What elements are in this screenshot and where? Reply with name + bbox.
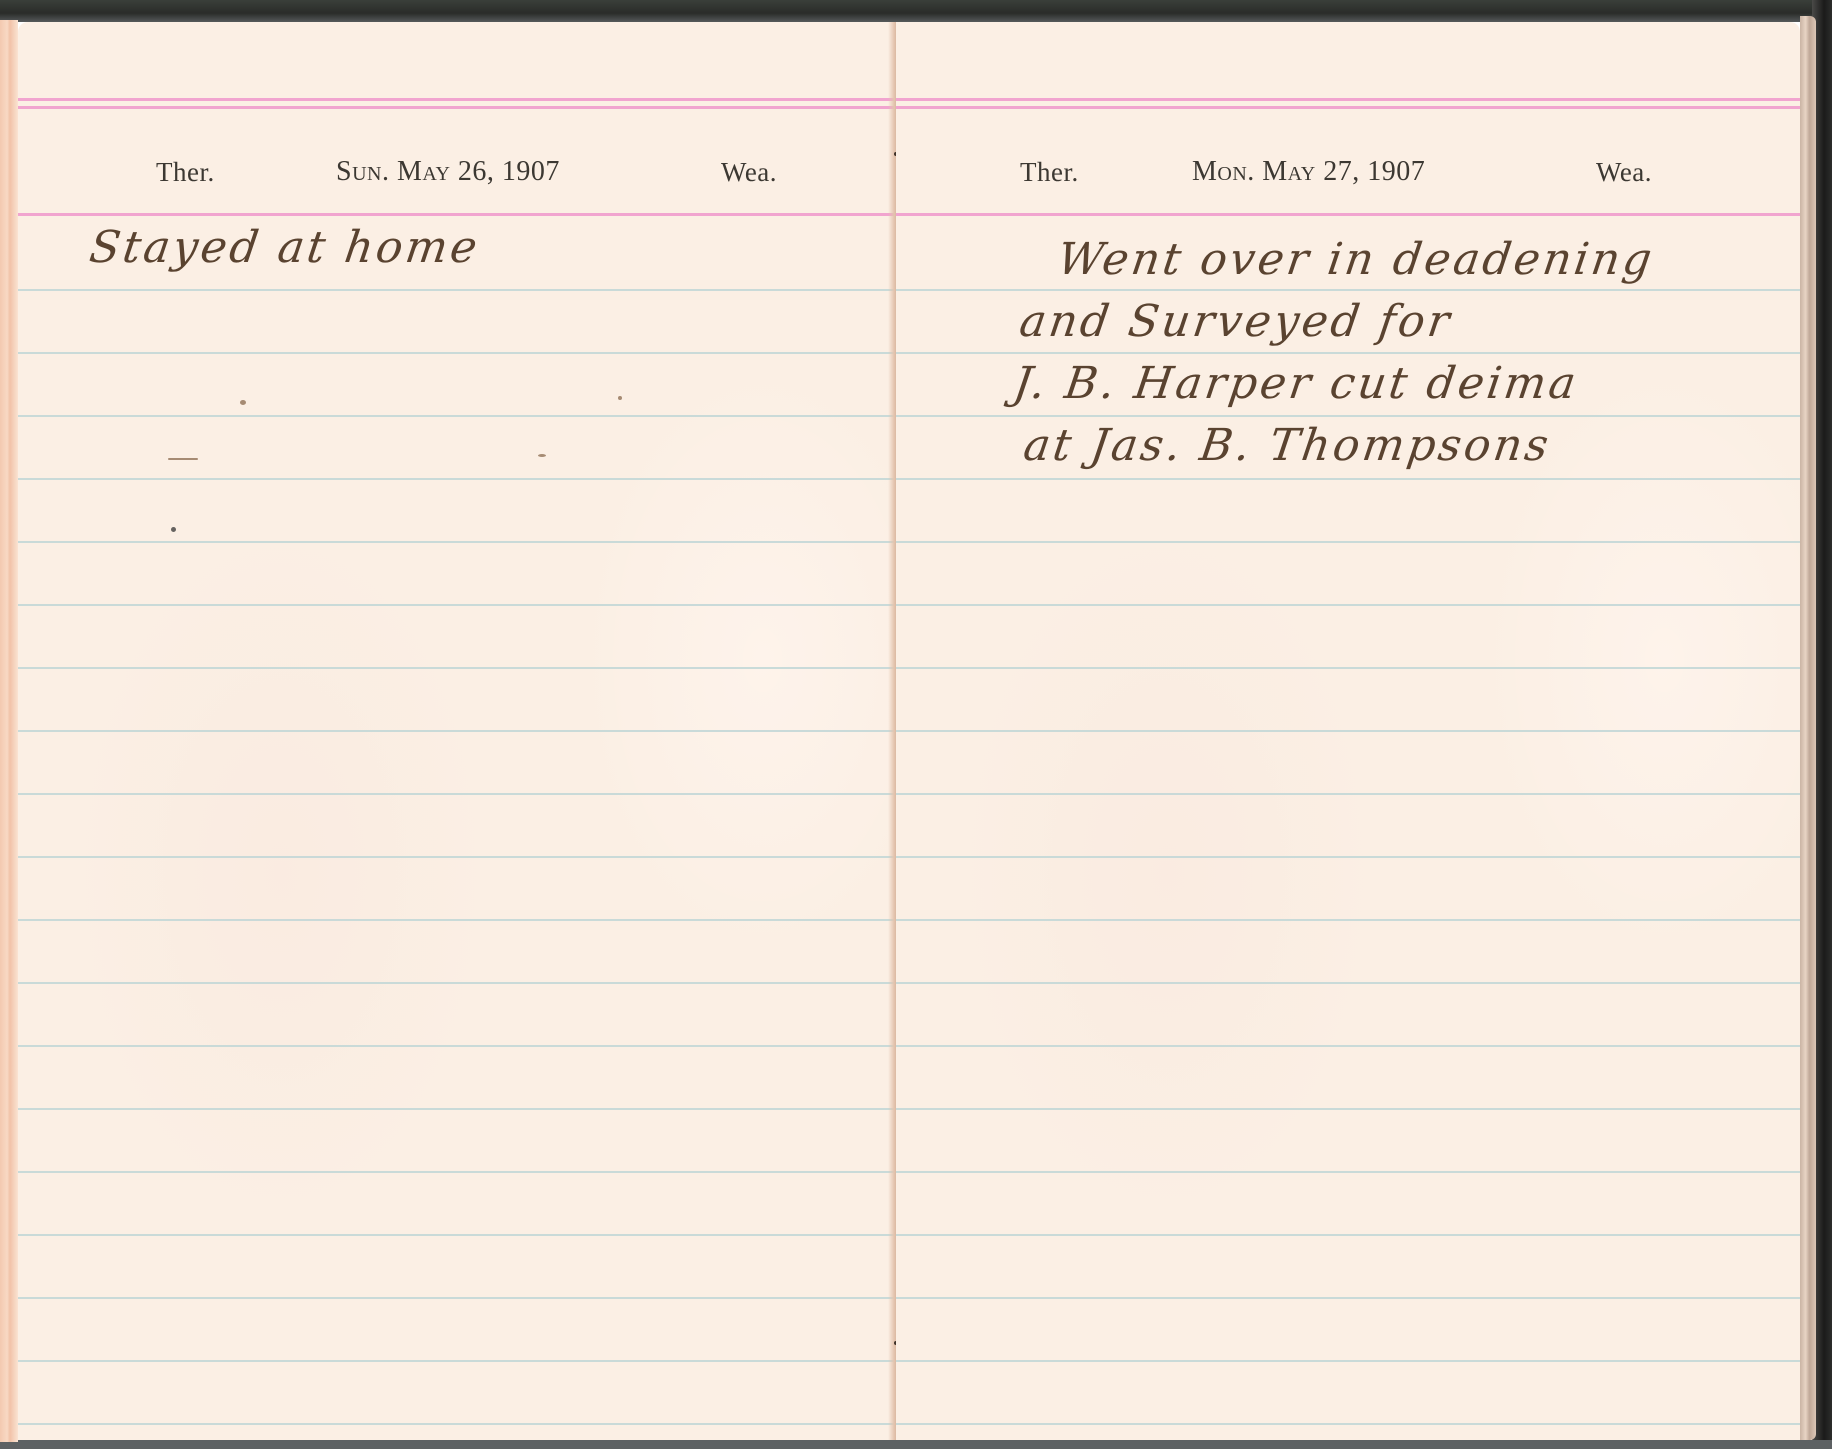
ruled-line xyxy=(896,1423,1800,1425)
ruled-line xyxy=(896,1108,1800,1110)
ruled-line xyxy=(18,415,894,417)
ruled-line xyxy=(896,478,1800,480)
ruled-line xyxy=(896,919,1800,921)
ruled-line xyxy=(18,982,894,984)
top-rule xyxy=(18,106,894,109)
diary-page-right: Ther. Mon. May 27, 1907 Wea. Went over i… xyxy=(896,22,1800,1440)
ruled-line xyxy=(18,919,894,921)
top-rule xyxy=(18,98,894,101)
weather-label: Wea. xyxy=(1596,157,1652,188)
ruled-line xyxy=(18,856,894,858)
thermometer-label: Ther. xyxy=(1020,157,1079,188)
ruled-line xyxy=(18,478,894,480)
ruled-line xyxy=(896,1045,1800,1047)
ruled-line xyxy=(18,352,894,354)
ruled-line xyxy=(18,1108,894,1110)
ruled-line xyxy=(18,1423,894,1425)
ruled-line xyxy=(896,604,1800,606)
thermometer-label: Ther. xyxy=(156,157,215,188)
ruled-line xyxy=(896,541,1800,543)
weather-label: Wea. xyxy=(721,157,777,188)
page-header: Ther. Mon. May 27, 1907 Wea. xyxy=(896,142,1800,202)
ink-spot xyxy=(171,527,176,532)
ruled-line xyxy=(896,415,1800,417)
ruled-line xyxy=(18,730,894,732)
ruled-line xyxy=(896,730,1800,732)
ink-spot xyxy=(240,400,246,405)
ruled-line xyxy=(18,289,894,291)
top-rule xyxy=(896,98,1800,101)
ruled-line xyxy=(18,541,894,543)
ruled-line xyxy=(896,1297,1800,1299)
ruled-line xyxy=(896,982,1800,984)
handwritten-entry-line: at Jas. B. Thompsons xyxy=(1020,420,1554,471)
page-stack-edge-left xyxy=(0,20,18,1442)
ink-spot xyxy=(168,458,198,460)
page-header: Ther. Sun. May 26, 1907 Wea. xyxy=(18,142,894,202)
ruled-line xyxy=(896,1360,1800,1362)
ruled-line xyxy=(896,793,1800,795)
diary-page-left: Ther. Sun. May 26, 1907 Wea. Stayed at h… xyxy=(18,22,894,1440)
ruled-line xyxy=(18,1171,894,1173)
ruled-line xyxy=(18,1045,894,1047)
handwritten-entry-line: J. B. Harper cut deima xyxy=(1010,358,1581,409)
entry-date: Mon. May 27, 1907 xyxy=(1192,156,1425,188)
handwritten-entry-line: Stayed at home xyxy=(86,222,483,273)
top-rule xyxy=(896,106,1800,109)
ruled-line xyxy=(18,667,894,669)
ruled-line xyxy=(896,352,1800,354)
ruled-line xyxy=(18,1297,894,1299)
page-stack-edge-right xyxy=(1800,16,1816,1440)
ruled-line xyxy=(896,856,1800,858)
ruled-line xyxy=(896,289,1800,291)
ruled-line xyxy=(18,1360,894,1362)
ruled-line xyxy=(896,1171,1800,1173)
header-rule xyxy=(896,213,1800,216)
book-cover-bottom xyxy=(0,1440,1832,1449)
entry-date: Sun. May 26, 1907 xyxy=(336,156,560,188)
ruled-line xyxy=(18,604,894,606)
ruled-line xyxy=(896,1234,1800,1236)
ink-spot xyxy=(618,396,622,400)
ink-spot xyxy=(538,454,546,457)
ruled-line xyxy=(896,667,1800,669)
handwritten-entry-line: and Surveyed for xyxy=(1016,296,1455,347)
book-cover-top xyxy=(0,0,1832,22)
handwritten-entry-line: Went over in deadening xyxy=(1054,234,1657,285)
ruled-line xyxy=(18,793,894,795)
ruled-line xyxy=(18,1234,894,1236)
header-rule xyxy=(18,213,894,216)
